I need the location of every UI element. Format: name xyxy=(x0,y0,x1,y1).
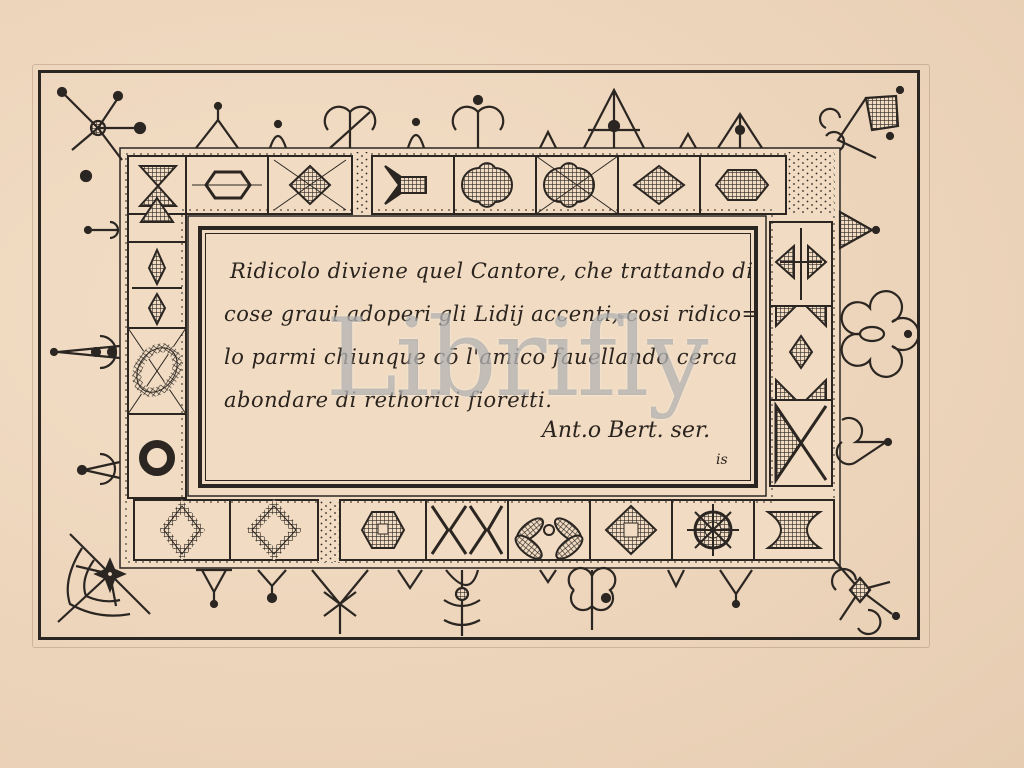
signature: Ant.o Bert. ser. xyxy=(542,418,710,443)
signature-suffix: is xyxy=(716,452,728,468)
calligraphy-verse: Ridicolo diviene quel Cantore, che tratt… xyxy=(224,250,734,422)
verse-line-2: cose graui adoperi gli Lidij accenti, co… xyxy=(224,293,734,336)
verse-line-3: lo parmi chiunque cō l'amico fauellando … xyxy=(224,336,734,379)
verse-line-4: abondare di rethorici fioretti. xyxy=(224,379,734,422)
page: Ridicolo diviene quel Cantore, che tratt… xyxy=(0,0,1024,768)
verse-line-1: Ridicolo diviene quel Cantore, che tratt… xyxy=(224,250,734,293)
verse-cartouche: Ridicolo diviene quel Cantore, che tratt… xyxy=(198,226,758,488)
